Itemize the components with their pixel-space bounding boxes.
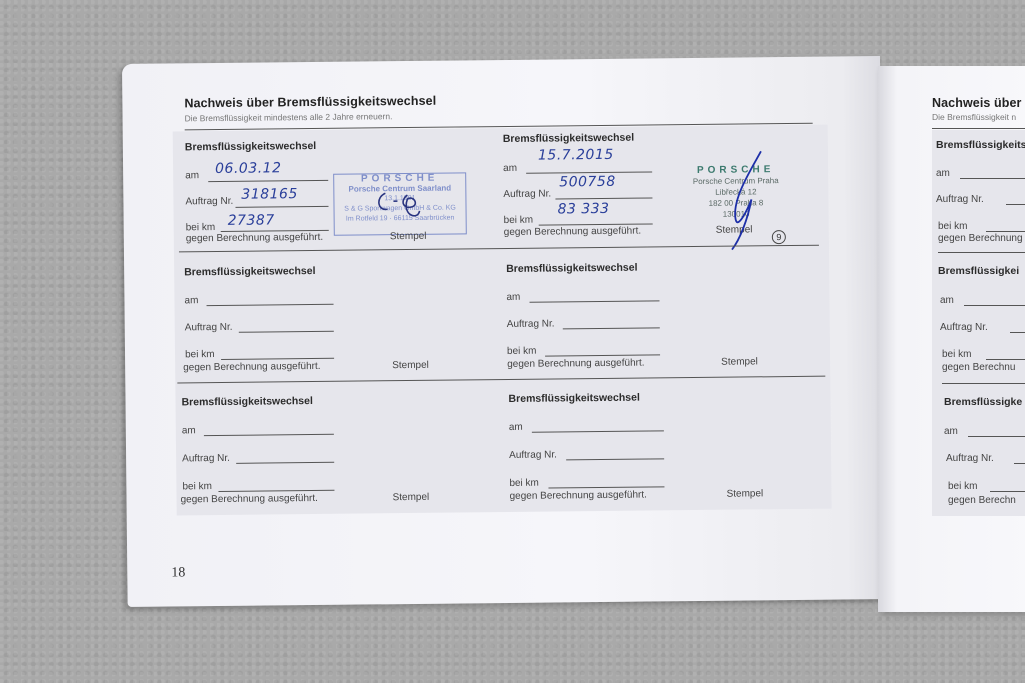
page-marker-badge: 9: [772, 230, 786, 244]
entry-title: Bremsflüssigkei: [938, 265, 1019, 277]
auftrag-label: Auftrag Nr.: [509, 449, 557, 461]
am-label: am: [506, 292, 520, 303]
km-label: bei km: [182, 481, 212, 492]
entry-footer: gegen Berechnung ausgeführt.: [509, 490, 646, 502]
auftrag-label: Auftrag Nr.: [940, 322, 988, 333]
auftrag-value: 500758: [559, 174, 616, 191]
entry-5: Bremsflüssigkeitswechsel am Auftrag Nr. …: [122, 56, 880, 64]
auftrag-label: Auftrag Nr.: [185, 322, 233, 334]
am-field[interactable]: [968, 436, 1025, 437]
km-field[interactable]: [986, 231, 1025, 232]
entry-title: Bremsflüssigkeitswechsel: [185, 140, 316, 153]
signature-icon: [721, 149, 772, 255]
entry-title: Bremsflüssigke: [944, 396, 1022, 408]
auftrag-value: 318165: [241, 186, 298, 203]
auftrag-label: Auftrag Nr.: [185, 196, 233, 208]
km-label: bei km: [938, 221, 967, 232]
auftrag-field[interactable]: [1010, 332, 1025, 333]
page-subtitle: Die Bremsflüssigkeit n: [932, 112, 1016, 122]
entry-footer: gegen Berechnung: [938, 233, 1023, 244]
entry-6: Bremsflüssigkeitswechsel am Auftrag Nr. …: [122, 56, 880, 64]
am-label: am: [182, 425, 196, 436]
entry-footer: gegen Berechnung ausgeführt.: [507, 358, 644, 370]
am-field[interactable]: [960, 178, 1025, 179]
am-field[interactable]: [964, 305, 1025, 306]
km-label: bei km: [507, 346, 537, 357]
entry-footer: gegen Berechnung ausgeführt.: [183, 361, 320, 373]
am-label: am: [944, 426, 958, 437]
page-title: Nachweis über Bremsflüssigkeitswechsel: [184, 94, 436, 111]
auftrag-label: Auftrag Nr.: [182, 453, 230, 465]
row-divider: [942, 383, 1025, 384]
left-page: Nachweis über Bremsflüssigkeitswechsel D…: [122, 56, 886, 607]
stamp-label: Stempel: [390, 231, 427, 242]
stamp-label: Stempel: [721, 356, 758, 367]
km-label: bei km: [185, 349, 215, 360]
km-label: bei km: [942, 349, 971, 360]
signature-icon: [373, 189, 433, 224]
km-field[interactable]: [986, 359, 1025, 360]
auftrag-field[interactable]: [1014, 463, 1025, 464]
am-label: am: [940, 295, 954, 306]
entry-title: Bremsflüssigkeits: [936, 139, 1025, 151]
entry-footer: gegen Berechnung ausgeführt.: [181, 493, 318, 505]
am-value: 06.03.12: [215, 160, 282, 177]
header-rule: [932, 128, 1025, 129]
auftrag-field[interactable]: [1006, 204, 1025, 205]
page-title: Nachweis über B: [932, 96, 1025, 110]
am-label: am: [185, 170, 199, 181]
auftrag-label: Auftrag Nr.: [507, 318, 555, 330]
auftrag-label: Auftrag Nr.: [936, 194, 984, 205]
row-divider: [938, 252, 1025, 253]
stamp-label: Stempel: [392, 360, 429, 371]
entry-title: Bremsflüssigkeitswechsel: [184, 265, 315, 278]
entry-footer: gegen Berechn: [948, 495, 1016, 506]
stamp-label: Stempel: [392, 492, 429, 503]
entry-title: Bremsflüssigkeitswechsel: [506, 262, 637, 275]
page-subtitle: Die Bremsflüssigkeit mindestens alle 2 J…: [185, 111, 393, 123]
am-label: am: [509, 422, 523, 433]
page-number: 18: [171, 565, 185, 581]
entry-3: Bremsflüssigkeitswechsel am Auftrag Nr. …: [122, 56, 880, 64]
stamp-label: Stempel: [726, 488, 763, 499]
am-value: 15.7.2015: [538, 147, 614, 164]
entry-2: Bremsflüssigkeitswechsel am 15.7.2015 Au…: [122, 56, 880, 64]
am-label: am: [936, 168, 950, 179]
auftrag-label: Auftrag Nr.: [946, 453, 994, 464]
entry-title: Bremsflüssigkeitswechsel: [181, 395, 312, 408]
km-label: bei km: [186, 222, 216, 233]
entry-title: Bremsflüssigkeitswechsel: [503, 132, 634, 145]
entry-4: Bremsflüssigkeitswechsel am Auftrag Nr. …: [122, 56, 880, 64]
am-label: am: [503, 163, 517, 174]
entry-footer: gegen Berechnung ausgeführt.: [504, 226, 641, 238]
entry-footer: gegen Berechnung ausgeführt.: [186, 232, 323, 244]
km-value: 27387: [228, 212, 275, 228]
auftrag-label: Auftrag Nr.: [503, 189, 551, 201]
entry-1: Bremsflüssigkeitswechsel am 06.03.12 Auf…: [122, 56, 880, 64]
am-label: am: [184, 295, 198, 306]
entry-title: Bremsflüssigkeitswechsel: [508, 392, 639, 405]
right-page: Nachweis über B Die Bremsflüssigkeit n B…: [878, 66, 1025, 612]
km-value: 83 333: [557, 201, 609, 218]
km-label: bei km: [504, 215, 534, 226]
km-label: bei km: [948, 481, 977, 492]
km-field[interactable]: [990, 491, 1025, 492]
km-label: bei km: [509, 478, 539, 489]
entry-footer: gegen Berechnu: [942, 362, 1015, 373]
